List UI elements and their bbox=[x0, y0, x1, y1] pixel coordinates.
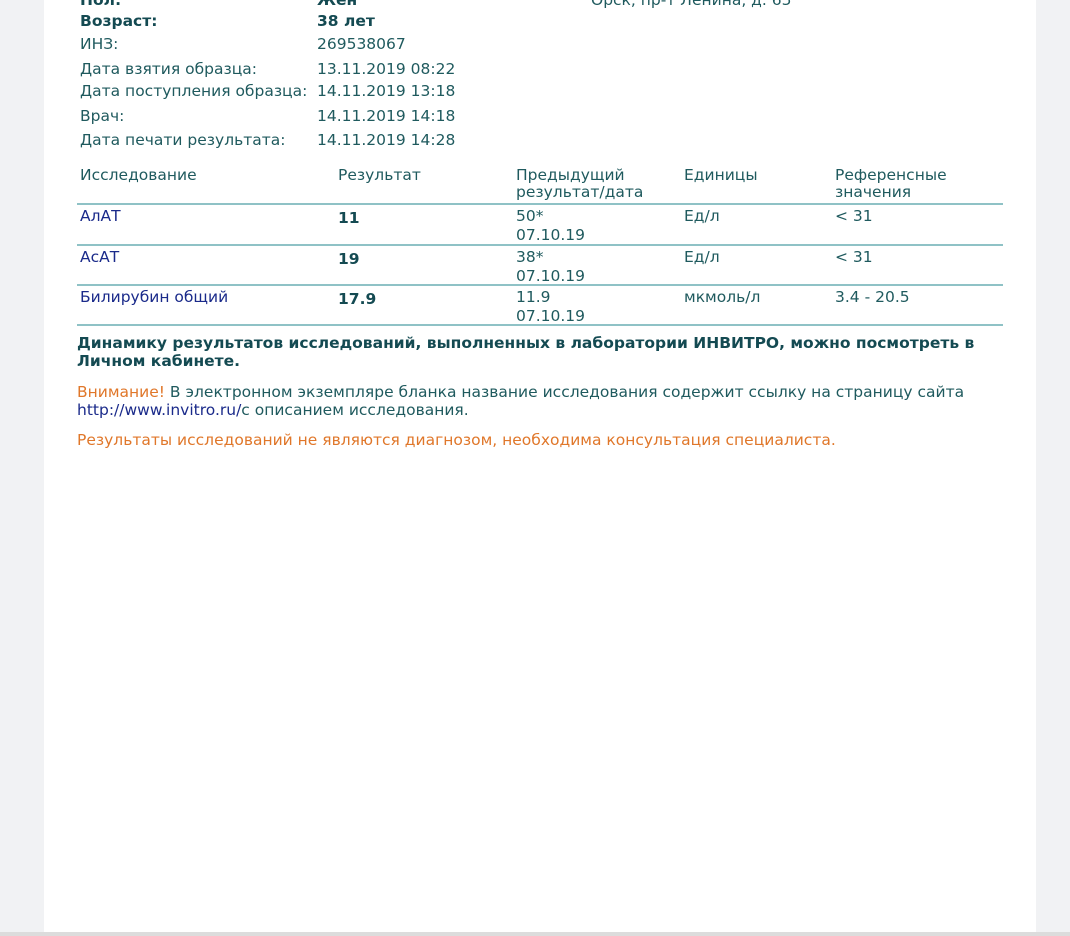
units: Ед/л bbox=[684, 207, 720, 225]
reference-range: < 31 bbox=[835, 207, 873, 225]
table-rule bbox=[77, 324, 1003, 326]
sample-taken-row: Дата взятия образца: 13.11.2019 08:22 bbox=[80, 60, 257, 78]
header-previous-line2: результат/дата bbox=[516, 184, 643, 201]
disclaimer-note: Результаты исследований не являются диаг… bbox=[77, 431, 836, 449]
table-rule bbox=[77, 244, 1003, 246]
header-test: Исследование bbox=[80, 167, 197, 184]
page-bottom-edge bbox=[0, 932, 1070, 936]
attention-text: В электронном экземпляре бланка название… bbox=[165, 383, 964, 401]
field-value: Жен bbox=[317, 0, 357, 9]
print-date-row: Дата печати результата: 14.11.2019 14:28 bbox=[80, 131, 286, 149]
header-previous-line1: Предыдущий bbox=[516, 167, 625, 184]
header-reference-line1: Референсные bbox=[835, 167, 947, 184]
units: мкмоль/л bbox=[684, 288, 760, 306]
result-value: 19 bbox=[338, 250, 360, 268]
attention-note: Внимание! В электронном экземпляре бланк… bbox=[77, 383, 964, 419]
field-label: Возраст: bbox=[80, 12, 157, 30]
header-reference-line2: значения bbox=[835, 184, 911, 201]
table-rule bbox=[77, 284, 1003, 286]
field-value: 14.11.2019 14:18 bbox=[317, 107, 455, 125]
reference-range: < 31 bbox=[835, 248, 873, 266]
previous-value: 11.9 bbox=[516, 288, 551, 306]
patient-sex-row: Пол: Жен bbox=[80, 0, 121, 9]
result-value: 11 bbox=[338, 209, 360, 227]
dynamics-note: Динамику результатов исследований, выпол… bbox=[77, 334, 974, 370]
invitro-link[interactable]: http://www.invitro.ru/ bbox=[77, 401, 241, 419]
field-label: Пол: bbox=[80, 0, 121, 9]
field-value: 14.11.2019 13:18 bbox=[317, 82, 455, 100]
field-label: Дата печати результата: bbox=[80, 131, 286, 149]
attention-label: Внимание! bbox=[77, 383, 165, 401]
table-rule bbox=[77, 203, 1003, 205]
sample-received-row: Дата поступления образца: 14.11.2019 13:… bbox=[80, 82, 307, 100]
previous-value: 38* bbox=[516, 248, 543, 266]
link-suffix: с описанием исследования. bbox=[241, 401, 468, 419]
previous-date: 07.10.19 bbox=[516, 226, 585, 244]
reference-range: 3.4 - 20.5 bbox=[835, 288, 910, 306]
field-label: Дата взятия образца: bbox=[80, 60, 257, 78]
doctor-row: Врач: 14.11.2019 14:18 bbox=[80, 107, 124, 125]
field-label: Дата поступления образца: bbox=[80, 82, 307, 100]
header-units: Единицы bbox=[684, 167, 758, 184]
field-label: ИНЗ: bbox=[80, 35, 118, 53]
test-name-link[interactable]: Билирубин общий bbox=[80, 288, 228, 306]
previous-date: 07.10.19 bbox=[516, 307, 585, 325]
field-value: 269538067 bbox=[317, 35, 406, 53]
previous-value: 50* bbox=[516, 207, 543, 225]
units: Ед/л bbox=[684, 248, 720, 266]
patient-address: Орск, пр-т Ленина, д. 65 bbox=[591, 0, 791, 9]
result-value: 17.9 bbox=[338, 290, 376, 308]
field-value: 38 лет bbox=[317, 12, 375, 30]
test-name-link[interactable]: АлАТ bbox=[80, 207, 121, 225]
field-label: Врач: bbox=[80, 107, 124, 125]
patient-inz-row: ИНЗ: 269538067 bbox=[80, 35, 118, 53]
previous-date: 07.10.19 bbox=[516, 267, 585, 285]
header-result: Результат bbox=[338, 167, 421, 184]
dynamics-line2: Личном кабинете. bbox=[77, 352, 974, 370]
field-value: 13.11.2019 08:22 bbox=[317, 60, 455, 78]
dynamics-line1: Динамику результатов исследований, выпол… bbox=[77, 334, 974, 352]
test-name-link[interactable]: АсАТ bbox=[80, 248, 119, 266]
field-value: 14.11.2019 14:28 bbox=[317, 131, 455, 149]
patient-age-row: Возраст: 38 лет bbox=[80, 12, 157, 30]
